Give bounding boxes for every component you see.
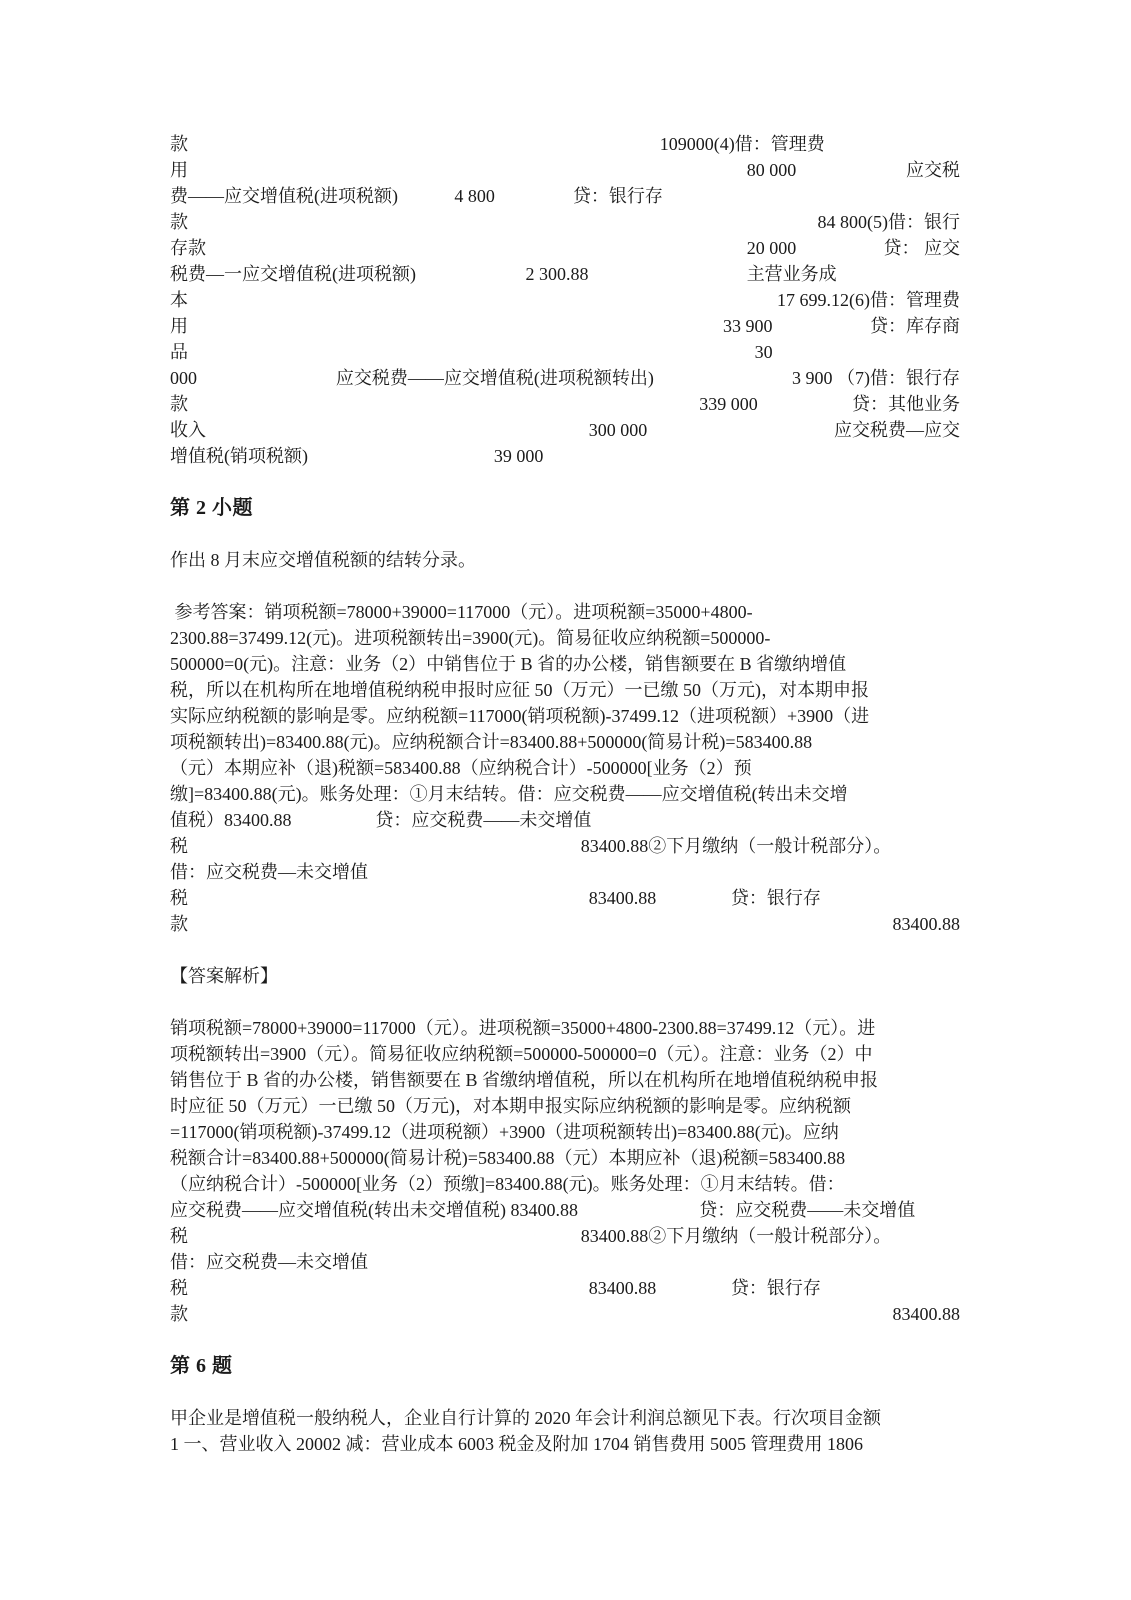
- text-segment: （元）本期应补（退)税额=583400.88（应纳税合计）-500000[业务（…: [170, 755, 752, 781]
- text-segment: 83400.88: [893, 911, 961, 937]
- text-line: 收入300 000应交税费—应交: [170, 417, 960, 443]
- text-segment: 费——应交增值税(进项税额): [170, 183, 398, 209]
- text-segment: 应交税费——应交增值税(进项税额转出): [336, 365, 654, 391]
- text-segment: 税，所以在机构所在地增值税纳税申报时应征 50（万元）一已缴 50（万元)，对本…: [170, 677, 869, 703]
- text-segment: 本: [170, 287, 188, 313]
- text-segment: 税: [170, 1223, 188, 1249]
- text-line: 参考答案：销项税额=78000+39000=117000（元）。进项税额=350…: [170, 599, 960, 625]
- text-line: 1 一、营业收入 20002 减：营业成本 6003 税金及附加 1704 销售…: [170, 1431, 960, 1457]
- text-segment: 贷：银行存: [731, 885, 821, 911]
- text-segment: 339 000: [699, 391, 758, 417]
- text-line: 存款20 000贷： 应交: [170, 235, 960, 261]
- text-line: 税，所以在机构所在地增值税纳税申报时应征 50（万元）一已缴 50（万元)，对本…: [170, 677, 960, 703]
- text-segment: 4 800: [454, 183, 495, 209]
- text-segment: 17 699.12(6)借：管理费: [777, 287, 960, 313]
- document-body: 款109000(4)借：管理费用80 000应交税费——应交增值税(进项税额)4…: [170, 131, 960, 1457]
- text-line: 500000=0(元)。注意：业务（2）中销售位于 B 省的办公楼，销售额要在 …: [170, 651, 960, 677]
- text-line: 税83400.88贷：银行存: [170, 885, 960, 911]
- text-line: 款339 000贷：其他业务: [170, 391, 960, 417]
- text-segment: 款: [170, 391, 188, 417]
- text-segment: 借：应交税费—未交增值: [170, 1249, 368, 1275]
- text-segment: 2300.88=37499.12(元)。进项税额转出=3900(元)。简易征收应…: [170, 625, 770, 651]
- text-segment: 贷：应交税费——未交增值: [699, 1197, 915, 1223]
- text-segment: 贷：银行存: [731, 1275, 821, 1301]
- text-segment: 应交税费——应交增值税(转出未交增值税) 83400.88: [170, 1197, 578, 1223]
- text-segment: 83400.88: [589, 1275, 657, 1301]
- text-segment: 借：应交税费—未交增值: [170, 859, 368, 885]
- text-line: 本17 699.12(6)借：管理费: [170, 287, 960, 313]
- text-segment: 应交税费—应交: [834, 417, 960, 443]
- text-line: 税83400.88②下月缴纳（一般计税部分）。: [170, 1223, 960, 1249]
- text-segment: 存款: [170, 235, 206, 261]
- text-segment: （应纳税合计）-500000[业务（2）预缴]=83400.88(元)。账务处理…: [170, 1171, 845, 1197]
- text-segment: 20 000: [747, 235, 797, 261]
- text-segment: 000: [170, 365, 197, 391]
- ledger-entries-block: 款109000(4)借：管理费用80 000应交税费——应交增值税(进项税额)4…: [170, 131, 960, 469]
- text-segment: 销项税额=78000+39000=117000（元）。进项税额=35000+48…: [170, 1015, 875, 1041]
- text-line: 税额合计=83400.88+500000(简易计税)=583400.88（元）本…: [170, 1145, 960, 1171]
- text-segment: 增值税(销项税额): [170, 443, 308, 469]
- text-line: 项税额转出=3900（元）。简易征收应纳税额=500000-500000=0（元…: [170, 1041, 960, 1067]
- text-segment: =117000(销项税额)-37499.12（进项税额）+3900（进项税额转出…: [170, 1119, 839, 1145]
- text-line: 款109000(4)借：管理费: [170, 131, 960, 157]
- text-segment: 项税额转出)=83400.88(元)。应纳税额合计=83400.88+50000…: [170, 729, 812, 755]
- text-line: 费——应交增值税(进项税额)4 800贷：银行存: [170, 183, 960, 209]
- text-segment: 30: [755, 339, 773, 365]
- text-segment: 83400.88: [893, 1301, 961, 1327]
- text-line: 税83400.88②下月缴纳（一般计税部分）。: [170, 833, 960, 859]
- text-segment: 税: [170, 885, 188, 911]
- text-line: 款83400.88: [170, 1301, 960, 1327]
- text-line: 000应交税费——应交增值税(进项税额转出)3 900 （7)借：银行存: [170, 365, 960, 391]
- document-page: 款109000(4)借：管理费用80 000应交税费——应交增值税(进项税额)4…: [0, 0, 1131, 1600]
- text-line: 款83400.88: [170, 911, 960, 937]
- text-segment: 83400.88②下月缴纳（一般计税部分）。: [581, 1223, 892, 1249]
- text-line: 项税额转出)=83400.88(元)。应纳税额合计=83400.88+50000…: [170, 729, 960, 755]
- text-line: 值税）83400.88贷：应交税费——未交增值: [170, 807, 960, 833]
- text-line: =117000(销项税额)-37499.12（进项税额）+3900（进项税额转出…: [170, 1119, 960, 1145]
- text-segment: 税额合计=83400.88+500000(简易计税)=583400.88（元）本…: [170, 1145, 845, 1171]
- text-segment: 主营业务成: [747, 261, 837, 287]
- text-segment: 款: [170, 209, 188, 235]
- text-segment: 品: [170, 339, 188, 365]
- text-segment: 80 000: [747, 157, 797, 183]
- text-segment: 第 2 小题: [170, 495, 253, 521]
- text-line: 用33 900贷：库存商: [170, 313, 960, 339]
- text-line: 销售位于 B 省的办公楼，销售额要在 B 省缴纳增值税，所以在机构所在地增值税纳…: [170, 1067, 960, 1093]
- text-segment: 【答案解析】: [170, 963, 278, 989]
- text-segment: 实际应纳税额的影响是零。应纳税额=117000(销项税额)-37499.12（进…: [170, 703, 869, 729]
- text-line: （应纳税合计）-500000[业务（2）预缴]=83400.88(元)。账务处理…: [170, 1171, 960, 1197]
- text-segment: 应交税: [906, 157, 960, 183]
- text-segment: 83400.88: [589, 885, 657, 911]
- text-segment: 贷：库存商: [870, 313, 960, 339]
- text-segment: 贷：应交税费——未交增值: [375, 807, 591, 833]
- text-segment: 2 300.88: [526, 261, 589, 287]
- text-line: （元）本期应补（退)税额=583400.88（应纳税合计）-500000[业务（…: [170, 755, 960, 781]
- text-segment: 参考答案：销项税额=78000+39000=117000（元）。进项税额=350…: [170, 599, 753, 625]
- answer-analysis-heading: 【答案解析】: [170, 963, 960, 989]
- text-segment: 款: [170, 131, 188, 157]
- text-line: 税83400.88贷：银行存: [170, 1275, 960, 1301]
- text-segment: 84 800(5)借：银行: [818, 209, 961, 235]
- text-line: 借：应交税费—未交增值: [170, 1249, 960, 1275]
- text-line: 缴]=83400.88(元)。账务处理：①月末结转。借：应交税费——应交增值税(…: [170, 781, 960, 807]
- text-segment: 第 6 题: [170, 1353, 233, 1379]
- answer-analysis-block: 销项税额=78000+39000=117000（元）。进项税额=35000+48…: [170, 1015, 960, 1327]
- text-segment: 33 900: [723, 313, 773, 339]
- text-segment: 贷： 应交: [884, 235, 961, 261]
- text-line: 第 6 题: [170, 1353, 960, 1379]
- text-line: 【答案解析】: [170, 963, 960, 989]
- text-line: 实际应纳税额的影响是零。应纳税额=117000(销项税额)-37499.12（进…: [170, 703, 960, 729]
- text-segment: 用: [170, 157, 188, 183]
- text-line: 时应征 50（万元）一已缴 50（万元)，对本期申报实际应纳税额的影响是零。应纳…: [170, 1093, 960, 1119]
- text-segment: 款: [170, 911, 188, 937]
- question-2-prompt: 作出 8 月末应交增值税额的结转分录。: [170, 547, 960, 573]
- text-segment: 税: [170, 1275, 188, 1301]
- text-segment: 款: [170, 1301, 188, 1327]
- text-segment: 贷：银行存: [573, 183, 663, 209]
- text-line: 2300.88=37499.12(元)。进项税额转出=3900(元)。简易征收应…: [170, 625, 960, 651]
- text-segment: 3 900 （7)借：银行存: [792, 365, 960, 391]
- text-line: 第 2 小题: [170, 495, 960, 521]
- text-line: 增值税(销项税额)39 000: [170, 443, 960, 469]
- text-segment: 项税额转出=3900（元）。简易征收应纳税额=500000-500000=0（元…: [170, 1041, 872, 1067]
- text-segment: 时应征 50（万元）一已缴 50（万元)，对本期申报实际应纳税额的影响是零。应纳…: [170, 1093, 851, 1119]
- text-segment: 109000(4)借：管理费: [660, 131, 825, 157]
- text-segment: 作出 8 月末应交增值税额的结转分录。: [170, 547, 476, 573]
- text-segment: 83400.88②下月缴纳（一般计税部分）。: [581, 833, 892, 859]
- text-segment: 甲企业是增值税一般纳税人，企业自行计算的 2020 年会计利润总额见下表。行次项…: [170, 1405, 881, 1431]
- text-line: 用80 000应交税: [170, 157, 960, 183]
- text-segment: 销售位于 B 省的办公楼，销售额要在 B 省缴纳增值税，所以在机构所在地增值税纳…: [170, 1067, 878, 1093]
- text-line: 借：应交税费—未交增值: [170, 859, 960, 885]
- text-line: 销项税额=78000+39000=117000（元）。进项税额=35000+48…: [170, 1015, 960, 1041]
- text-line: 作出 8 月末应交增值税额的结转分录。: [170, 547, 960, 573]
- text-segment: 500000=0(元)。注意：业务（2）中销售位于 B 省的办公楼，销售额要在 …: [170, 651, 846, 677]
- text-segment: 税费—一应交增值税(进项税额): [170, 261, 416, 287]
- text-line: 应交税费——应交增值税(转出未交增值税) 83400.88贷：应交税费——未交增…: [170, 1197, 960, 1223]
- reference-answer-block: 参考答案：销项税额=78000+39000=117000（元）。进项税额=350…: [170, 599, 960, 937]
- text-segment: 收入: [170, 417, 206, 443]
- text-line: 税费—一应交增值税(进项税额)2 300.88主营业务成: [170, 261, 960, 287]
- text-segment: 贷：其他业务: [852, 391, 960, 417]
- question-6-body: 甲企业是增值税一般纳税人，企业自行计算的 2020 年会计利润总额见下表。行次项…: [170, 1405, 960, 1457]
- text-segment: 缴]=83400.88(元)。账务处理：①月末结转。借：应交税费——应交增值税(…: [170, 781, 848, 807]
- question-2-heading: 第 2 小题: [170, 495, 960, 521]
- text-line: 款84 800(5)借：银行: [170, 209, 960, 235]
- text-segment: 300 000: [589, 417, 648, 443]
- text-line: 品30: [170, 339, 960, 365]
- question-6-heading: 第 6 题: [170, 1353, 960, 1379]
- text-segment: 用: [170, 313, 188, 339]
- text-segment: 39 000: [494, 443, 544, 469]
- text-segment: 税: [170, 833, 188, 859]
- text-line: 甲企业是增值税一般纳税人，企业自行计算的 2020 年会计利润总额见下表。行次项…: [170, 1405, 960, 1431]
- text-segment: 值税）83400.88: [170, 807, 292, 833]
- text-segment: 1 一、营业收入 20002 减：营业成本 6003 税金及附加 1704 销售…: [170, 1431, 863, 1457]
